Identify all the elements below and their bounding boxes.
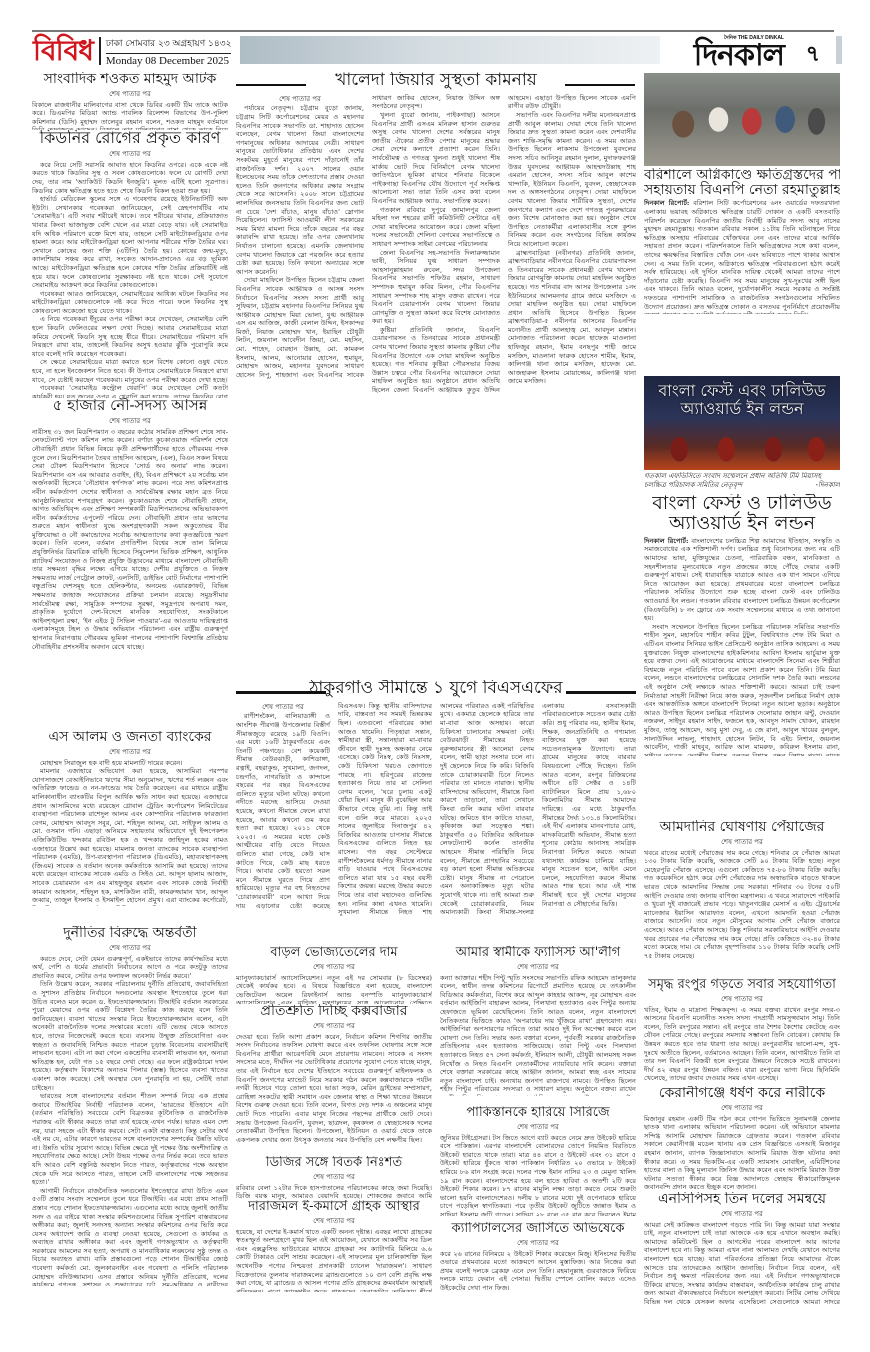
paragraph: করতে দেবে, সেটা যেমন গুরুত্বপূর্ণ, একইভা… [32,955,228,981]
headline: এনসিপিসহ তিন দলের সমন্বয়ে [644,1192,840,1207]
headline: কেরানীগঞ্জে ধর্ষণ করে নারীকে [644,1086,840,1101]
continued-label: শেষ পাতার পর [644,1208,840,1220]
continued-label: শেষ পাতার পর [440,1121,636,1133]
headline-line-2: সহায়তায় বিএনপি নেতা রহমাতুল্লাহ [644,183,840,198]
paragraph: বরিশাল সিটি কর্পোরেশনের ৬নং ওয়ার্ডের দফ… [644,199,840,314]
article-fascist: আমার স্বামীকে ফ্যাসিস্ট আ'লীগ শেষ পাতার … [440,946,636,1096]
article-darazmall: দারাজমল ই-কমার্সে গ্রাহক আস্থার শেষ পাতা… [236,1200,432,1292]
article-body: আমরা সেই কাঙ্ক্ষিত বাংলাদেশ গড়তে পারি ন… [644,1221,840,1304]
masthead-edge [836,36,842,64]
article-khaleda: খালেদা জিয়ার সুস্থতা কামনায় শেষ পাতার … [236,72,636,680]
paragraph: ব্রাহ্মণবাড়িয়া (নবীনগর) প্রতিনিধি জানা… [508,249,636,387]
headline: বাড়ল ভোজ্যতেলের দাম [236,946,432,960]
headline: আমার স্বামীকে ফ্যাসিস্ট আ'লীগ [440,946,636,960]
byline: দিনকাল রিপোর্ট: [644,199,689,207]
article-shawkat: সাংবাদিক শওকত মাহমুদ আটক শেষ পাতার পর বি… [32,72,228,130]
barishal-photo [644,73,840,166]
article-dhallywood: বাংলা ফেস্ট ও ঢালিউড অ্যাওয়ার্ড ইন লন্ড… [644,494,840,756]
continued-label: শেষ পাতার পর [236,1020,432,1032]
paragraph: জেলা বিএনপির সহ-সভাপতি দিলারুজ্জামান ভাষ… [372,249,500,326]
continued-label: শেষ পাতার পর [644,836,840,848]
headline: ডিজির সঙ্গে বিতর্ক নিঃশর্ত [236,1156,432,1170]
headline: দুর্নীতির বিরুদ্ধে অন্তর্বর্তী [32,926,228,941]
article-body: শেষ পাতার পর রাণীশংকৈল, বালিয়াডাঙ্গী ও … [236,702,636,938]
article-corruption: দুর্নীতির বিরুদ্ধে অন্তর্বর্তী শেষ পাতার… [32,926,228,1286]
headline: এস আলম ও জনতা ব্যাংকের [32,730,228,745]
paragraph: সংবাদ সম্মেলনে উপস্থিত ছিলেন চলচ্চিত্র প… [644,623,840,756]
continued-label: শেষ পাতার পর [644,1102,840,1114]
article-keraniganj: কেরানীগঞ্জে ধর্ষণ করে নারীকে শেষ পাতার প… [644,1086,840,1190]
paragraph: পর্যায়ের নেতৃবৃন্দ। চট্টগ্রাম বুড়ো জান… [236,104,364,276]
article-body: করতে দেবে, সেটা যেমন গুরুত্বপূর্ণ, একইভা… [32,955,228,1286]
article-body: মিজানুর রহমান একটি টিম গঠন করে গোপন ভিত্… [644,1115,840,1190]
continued-label: শেষ পাতার পর [236,703,330,712]
article-onion: আমদানির ঘোষণায় পেঁয়াজের শেষ পাতার পর খ… [644,820,840,978]
paragraph: গবেষকরা 'সেরামাইড কন্ট্রোল থেরাপি' করে দ… [32,384,228,398]
paragraph: খুলনা ব্যুরো জানায়, পাইকগাছা) আসনে বিএন… [372,111,500,206]
continued-label: শেষ পাতার পর [440,1237,636,1249]
paragraph: করে নিয়ে সেটি সরাসরি আঘাত হানে কিডনির ও… [32,161,228,195]
article-body: দিনকাল রিপোর্ট: বরিশাল সিটি কর্পোরেশনের … [644,199,840,314]
continued-label: শেষ পাতার পর [32,746,228,758]
headline: প্রতিশ্রুতি দিচ্ছি কক্সবাজার [236,1004,432,1019]
headline: পাকিস্তানকে হারিয়ে সিরিজে [440,1106,636,1120]
article-pakistan: পাকিস্তানকে হারিয়ে সিরিজে শেষ পাতার পর … [440,1106,636,1216]
article-body: ম্যানুফ্যাকচারার্স অ্যাসোসিয়েশন। নতুন এ… [236,974,432,1004]
photo-banner-title: বাংলা ফেস্ট এবং ঢালিউড অ্যাওয়ার্ড ইন লন… [644,382,840,418]
date-bengali: ঢাকা সোমবার ২৩ অগ্রহায়ণ ১৪৩২ [106,36,232,54]
dhallywood-photo: বাংলা ফেস্ট এবং ঢালিউড অ্যাওয়ার্ড ইন লন… [644,376,840,470]
paragraph: মোহাম্মদ সিরাজুল হক বাদী হয়ে মামলাটি দা… [32,759,228,768]
article-body: করে নিয়ে সেটি সরাসরি আঘাত হানে কিডনির ও… [32,161,228,398]
article-body: শেষ পাতার পর পর্যায়ের নেতৃবৃন্দ। চট্টগ্… [236,94,636,674]
continued-label: শেষ পাতার পর [32,415,228,427]
article-body: দেওয়া হবে। তিনি আশা প্রকাশ করেন, নির্বা… [236,1033,432,1145]
headline: খালেদা জিয়ার সুস্থতা কামনায় [236,72,636,90]
paragraph: আগামী নির্বাচনে রাজনৈতিক দলগুলোর ইশতেহার… [32,1187,228,1286]
article-body: জুনিয়র টাইগ্রেসরা। টস জিতে আগে ব্যাট কর… [440,1134,636,1216]
headline-line-1: বরিশালে অগ্নিকাণ্ডে ক্ষতিগ্রস্তদের পাশে [644,168,840,183]
date-block: ঢাকা সোমবার ২৩ অগ্রহায়ণ ১৪৩২ Monday 08 … [101,36,232,67]
page-number: ৭ [806,37,820,74]
article-s-alam: এস আলম ও জনতা ব্যাংকের শেষ পাতার পর মোহা… [32,730,228,906]
paragraph: মামলার এজাহারে অভিযোগ করা হয়েছে, আসামির… [32,767,228,906]
photo-credit: -দিনকাল [816,481,840,490]
article-body: খতিব, ইমাম ও মাদ্রাসা শিক্ষকবৃন্দ। এ সময… [644,1006,840,1083]
article-capitals: ক্যাপিটালসের জার্সিতে অভিষেকে শেষ পাতার … [440,1222,636,1292]
date-english: Monday 08 December 2025 [106,54,232,67]
caption-text: গতকাল এফডিসিতে সংবাদ সম্মেলনে প্রধান অতি… [644,472,821,489]
paragraph: গতকাল রবিবার দুপুরে জামালপুর জেলা মহিলা … [372,206,500,249]
headline: ঠাকুরগাঁও সীমান্তে ১ যুগে বিএসএফের [236,680,636,698]
article-dg: ডিজির সঙ্গে বিতর্ক নিঃশর্ত শেষ পাতার পর … [236,1156,432,1200]
continued-label: শেষ পাতার পর [440,961,636,973]
article-rangpur: সমৃদ্ধ রংপুর গড়তে সবার সহযোগিতা শেষ পাত… [644,978,840,1086]
article-body: কন্যা আক্তার। শহীদ পিন্টু স্মৃতি সংসদের … [440,974,636,1096]
masthead-left: বিবিধ ঢাকা সোমবার ২৩ অগ্রহায়ণ ১৪৩২ Mond… [33,36,231,66]
article-body: খবরে রাতের মধ্যেই পেঁয়াজের দাম কমে গেছে… [644,849,840,961]
article-body: বিকালে রাজধানীর মালিবাগের বাসা থেকে ডিবি… [32,101,228,130]
headline: সাংবাদিক শওকত মাহমুদ আটক [32,72,228,87]
article-body: করে ২৬ রানের বিনিময়ে ২ উইকেট শিকার করেছ… [440,1250,636,1292]
masthead-right: দৈনিক THE DAILY DINKAL দিনকাল দেশ ও জনগণ… [676,33,826,69]
continued-label: শেষ পাতার পর [236,1215,432,1227]
article-body: নারীসহ ৩১ জন মিডশিপম্যান ৩ বছরের কঠোর সা… [32,428,228,651]
photo-caption: গতকাল এফডিসিতে সংবাদ সম্মেলনে প্রধান অতি… [644,472,840,492]
article-kidney: কিডনির রোগের প্রকৃত কারণ শেষ পাতার পর কর… [32,130,228,398]
article-coxsbazar: প্রতিশ্রুতি দিচ্ছি কক্সবাজার শেষ পাতার প… [236,1004,432,1154]
article-navy: ৫ হাজার নৌ-সদস্য আসন্ন শেষ পাতার পর নারী… [32,398,228,730]
headline: আমদানির ঘোষণায় পেঁয়াজের [644,820,840,835]
paragraph: রাণীশংকৈল, বালিয়াডাঙ্গী ও আংশিক পীরগঞ্জ… [236,702,636,917]
masthead-top-rule [32,30,834,32]
continued-label: শেষ পাতার পর [644,993,840,1005]
paragraph: সভাপতি এবং বিএনপির দলীয় মনোনয়নপ্রাপ্ত … [508,111,636,249]
section-title: বিবিধ [33,37,101,65]
headline: ৫ হাজার নৌ-সদস্য আসন্ন [32,398,228,414]
article-body: মোহাম্মদ সিরাজুল হক বাদী হয়ে মামলাটি দা… [32,759,228,906]
article-soybean: বাড়ল ভোজ্যতেলের দাম শেষ পাতার পর ম্যানু… [236,946,432,1004]
masthead-gradient-band [240,36,660,64]
continued-label: শেষ পাতার পর [236,95,364,104]
headline: ক্যাপিটালসের জার্সিতে অভিষেকে [440,1222,636,1236]
paper-logo: দিনকাল [694,41,784,71]
continued-label: শেষ পাতার পর [236,961,432,973]
headline-line-2: অ্যাওয়ার্ড ইন লন্ডন [644,514,840,534]
article-barishal: বরিশালে অগ্নিকাণ্ডে ক্ষতিগ্রস্তদের পাশে … [644,168,840,314]
article-body: হয়েছে, যা দেশের ই-কমার্স খাতে একটি অনন্… [236,1228,432,1292]
continued-label: শেষ পাতার পর [32,148,228,160]
paragraph: এ নিয়ে গবেষকরা ইঁদুরের ওপর পরীক্ষা করে … [32,315,228,358]
article-ncp: এনসিপিসহ তিন দলের সমন্বয়ে শেষ পাতার পর … [644,1192,840,1304]
continued-label: শেষ পাতার পর [236,1171,432,1183]
headline-line-1: বাংলা ফেস্ট ও ঢালিউড [644,494,840,514]
article-body: দিনকাল রিপোর্ট: বাংলাদেশের চলচ্চিত্র শিল… [644,537,840,756]
article-thakurgaon: ঠাকুরগাঁও সীমান্তে ১ যুগে বিএসএফের শেষ প… [236,680,636,942]
paragraph: হার্ভার্ড মেডিকেল স্কুলের সঙ্গে এ গবেষণা… [32,195,228,290]
paragraph: গবেষকরা আরও জানিয়েছেন, সেরামাইডের আধিক্… [32,290,228,316]
paragraph: তিনি উল্লেখ করেন, সরকার পরিচালনায় দুর্ন… [32,980,228,1092]
continued-label: শেষ পাতার পর [32,942,228,954]
article-body: রবিবার বেলা ১২টার দিকে হাসপাতালের পরিচাল… [236,1184,432,1200]
paragraph: বাংলাদেশের চলচ্চিত্র শিল্প আমাদের ইতিহাস… [644,537,840,622]
paragraph: ভারতের সঙ্গে বাংলাদেশের বর্তমান শীতল সম্… [32,1092,228,1187]
headline: দারাজমল ই-কমার্সে গ্রাহক আস্থার [236,1200,432,1214]
continued-label: শেষ পাতার পর [32,88,228,100]
headline: সমৃদ্ধ রংপুর গড়তে সবার সহযোগিতা [644,978,840,992]
headline: কিডনির রোগের প্রকৃত কারণ [32,130,228,147]
paragraph: সে ক্ষেত্রে সেরামাইডের মাত্রা কমাতে হলে … [32,358,228,384]
byline: দিনকাল রিপোর্ট: [644,537,688,545]
